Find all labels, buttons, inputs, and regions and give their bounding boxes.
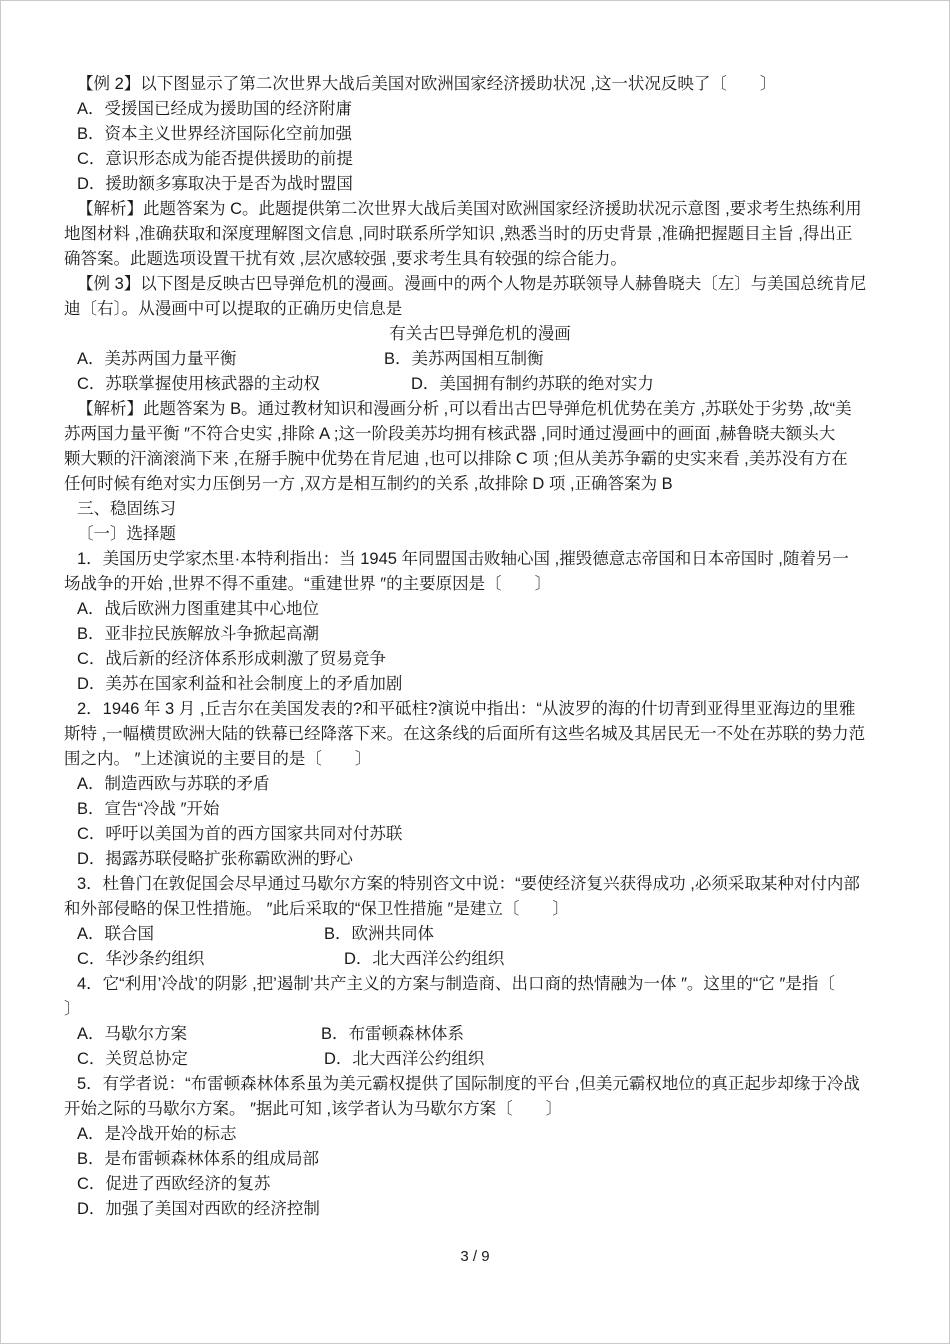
q4-options-cd: C．关贸总协定 D．北大西洋公约组织 [64,1047,896,1072]
document-page: 【例 2】以下图显示了第二次世界大战后美国对欧洲国家经济援助状况 ,这一状况反映… [0,0,950,1344]
ex2-option-d: D．援助额多寡取决于是否为战时盟国 [64,172,896,197]
q4-option-a: A．马歇尔方案 [77,1025,187,1043]
q4-option-b: B．布雷顿森林体系 [321,1022,464,1047]
ex2-question: 【例 2】以下图显示了第二次世界大战后美国对欧洲国家经济援助状况 ,这一状况反映… [64,72,896,97]
section-heading: 三、稳固练习 [64,497,896,522]
q4-stem-line2: 〕 [64,997,896,1022]
q2-option-c: C．呼吁以美国为首的西方国家共同对付苏联 [64,822,896,847]
ex3-option-b: B．美苏两国相互制衡 [384,347,544,372]
q1-stem-line2: 场战争的开始 ,世界不得不重建。“重建世界 ″的主要原因是〔 〕 [64,572,896,597]
q3-option-b: B．欧洲共同体 [324,922,434,947]
ex2-option-b: B．资本主义世界经济国际化空前加强 [64,122,896,147]
q5-stem-line2: 开始之际的马歇尔方案。 ″据此可知 ,该学者认为马歇尔方案〔 〕 [64,1097,896,1122]
ex2-analysis-line3: 确答案。此题选项设置干扰有效 ,层次感较强 ,要求考生具有较强的综合能力。 [64,247,896,272]
document-body: 【例 2】以下图显示了第二次世界大战后美国对欧洲国家经济援助状况 ,这一状况反映… [64,72,896,1222]
q4-stem-line1: 4．它“利用’冷战’的阴影 ,把’遏制’共产主义的方案与制造商、出口商的热情融为… [64,972,896,997]
ex3-options-cd: C．苏联掌握使用核武器的主动权 D．美国拥有制约苏联的绝对实力 [64,372,896,397]
q3-option-a: A．联合国 [77,925,154,943]
q1-option-a: A．战后欧洲力图重建其中心地位 [64,597,896,622]
ex3-option-a: A．美苏两国力量平衡 [77,350,237,368]
ex3-option-d: D．美国拥有制约苏联的绝对实力 [411,372,654,397]
q3-stem-line1: 3．杜鲁门在敦促国会尽早通过马歇尔方案的特别咨文中说：“要使经济复兴获得成功 ,… [64,872,896,897]
q4-options-ab: A．马歇尔方案 B．布雷顿森林体系 [64,1022,896,1047]
ex3-question-line2: 迪〔右〕。从漫画中可以提取的正确历史信息是 [64,297,896,322]
ex3-analysis-line4: 任何时候有绝对实力压倒另一方 ,双方是相互制约的关系 ,故排除 D 项 ,正确答… [64,472,896,497]
ex3-analysis-line2: 苏两国力量平衡 ″不符合史实 ,排除 A ;这一阶段美苏均拥有核武器 ,同时通过… [64,422,896,447]
q2-option-b: B．宣告“冷战 ″开始 [64,797,896,822]
ex2-option-c: C．意识形态成为能否提供援助的前提 [64,147,896,172]
q1-option-c: C．战后新的经济体系形成刺激了贸易竞争 [64,647,896,672]
cartoon-caption: 有关古巴导弹危机的漫画 [64,322,896,347]
q3-option-c: C．华沙条约组织 [77,950,204,968]
q1-option-d: D．美苏在国家利益和社会制度上的矛盾加剧 [64,672,896,697]
q2-option-a: A．制造西欧与苏联的矛盾 [64,772,896,797]
q5-option-c: C．促进了西欧经济的复苏 [64,1172,896,1197]
q1-stem-line1: 1．美国历史学家杰里·本特利指出：当 1945 年同盟国击败轴心国 ,摧毁德意志… [64,547,896,572]
q5-option-a: A．是冷战开始的标志 [64,1122,896,1147]
q2-stem-line1: 2．1946 年 3 月 ,丘吉尔在美国发表的?和平砥柱?演说中指出：“从波罗的… [64,697,896,722]
ex3-question-line1: 【例 3】以下图是反映古巴导弹危机的漫画。漫画中的两个人物是苏联领导人赫鲁晓夫〔… [64,272,896,297]
ex3-options-ab: A．美苏两国力量平衡 B．美苏两国相互制衡 [64,347,896,372]
q4-option-c: C．关贸总协定 [77,1050,188,1068]
q5-option-d: D．加强了美国对西欧的经济控制 [64,1197,896,1222]
q3-options-ab: A．联合国 B．欧洲共同体 [64,922,896,947]
q2-stem-line2: 斯特 ,一幅横贯欧洲大陆的铁幕已经降落下来。在这条线的后面所有这些名城及其居民无… [64,722,896,747]
q4-option-d: D．北大西洋公约组织 [324,1047,484,1072]
q5-option-b: B．是布雷顿森林体系的组成局部 [64,1147,896,1172]
q5-stem-line1: 5．有学者说：“布雷顿森林体系虽为美元霸权提供了国际制度的平台 ,但美元霸权地位… [64,1072,896,1097]
q1-option-b: B．亚非拉民族解放斗争掀起高潮 [64,622,896,647]
subsection-heading: 〔一〕选择题 [64,522,896,547]
q3-option-d: D．北大西洋公约组织 [344,947,504,972]
page-number: 3 / 9 [1,1247,949,1267]
ex3-option-c: C．苏联掌握使用核武器的主动权 [77,375,320,393]
ex2-analysis-line1: 【解析】此题答案为 C。此题提供第二次世界大战后美国对欧洲国家经济援助状况示意图… [64,197,896,222]
ex3-analysis-line1: 【解析】此题答案为 B。通过教材知识和漫画分析 ,可以看出古巴导弹危机优势在美方… [64,397,896,422]
q3-stem-line2: 和外部侵略的保卫性措施。 ″此后采取的“保卫性措施 ″是建立〔 〕 [64,897,896,922]
q3-options-cd: C．华沙条约组织 D．北大西洋公约组织 [64,947,896,972]
ex2-analysis-line2: 地图材料 ,准确获取和深度理解图文信息 ,同时联系所学知识 ,熟悉当时的历史背景… [64,222,896,247]
q2-option-d: D．揭露苏联侵略扩张称霸欧洲的野心 [64,847,896,872]
ex2-option-a: A．受援国已经成为援助国的经济附庸 [64,97,896,122]
ex3-analysis-line3: 颗大颗的汗滴滚淌下来 ,在掰手腕中优势在肯尼迪 ,也可以排除 C 项 ;但从美苏… [64,447,896,472]
q2-stem-line3: 围之内。 ″上述演说的主要目的是〔 〕 [64,747,896,772]
